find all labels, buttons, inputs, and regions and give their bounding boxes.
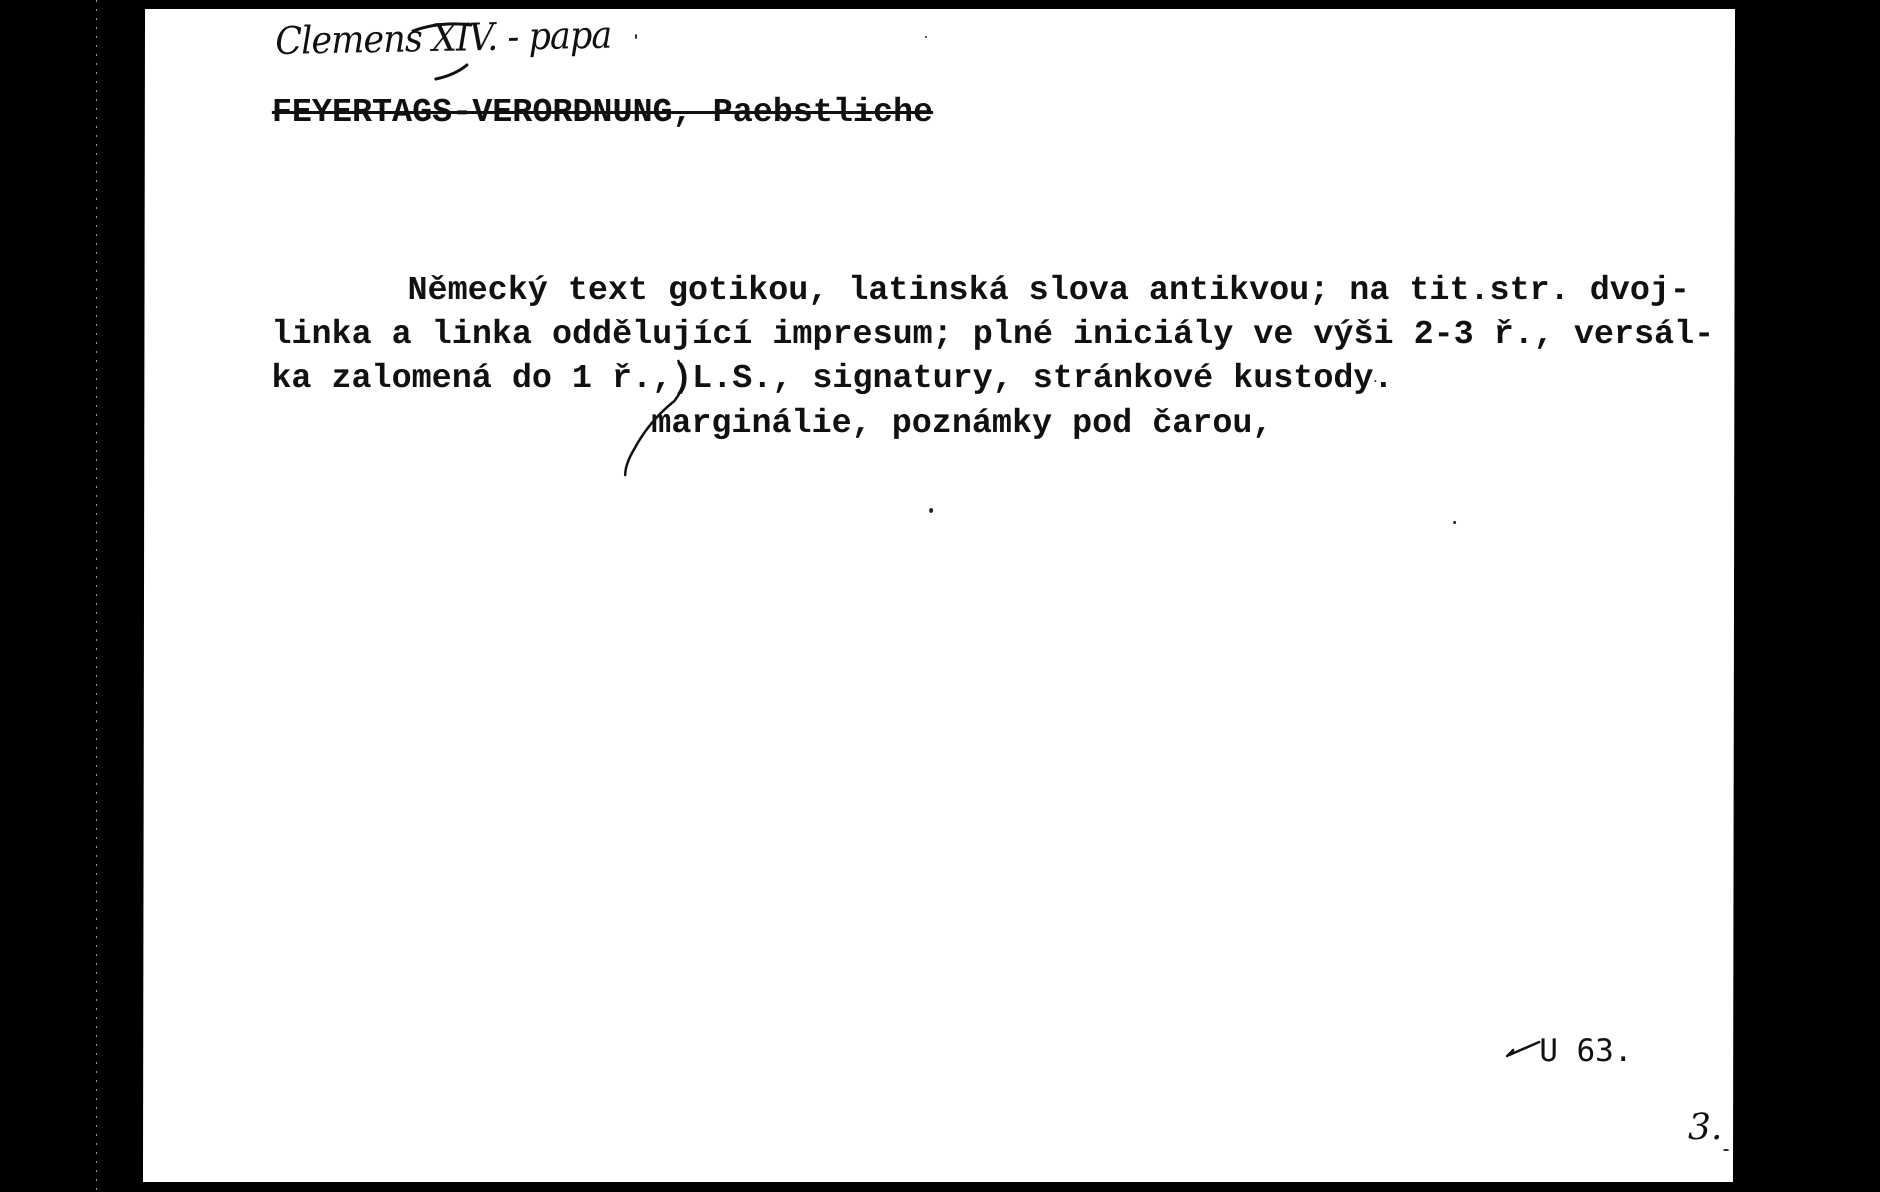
tick-mark-stroke	[1507, 1042, 1539, 1056]
description-line: linka a linka oddělující impresum; plné …	[271, 313, 1714, 357]
handwritten-heading: Clemens XIV. - papa	[275, 13, 612, 63]
description-line: ka zalomená do 1 ř.,)L.S., signatury, st…	[271, 357, 1393, 401]
speck	[635, 34, 637, 39]
speck	[929, 508, 933, 513]
catalogue-card: Clemens XIV. - papa FEYERTAGS-VERORDNUNG…	[143, 9, 1735, 1182]
handwritten-page-mark: 3.	[1688, 1107, 1722, 1148]
description-line: Německý text gotikou, latinská slova ant…	[407, 269, 1689, 313]
struck-typed-heading: FEYERTAGS-VERORDNUNG, Paebstliche	[272, 91, 933, 135]
description-line: marginálie, poznámky pod čarou,	[651, 402, 1272, 446]
scanner-artifact-line	[96, 0, 97, 1192]
call-number: U 63.	[1539, 1033, 1632, 1069]
handwritten-annotations	[143, 9, 1735, 1182]
speck	[1374, 380, 1376, 382]
underline-stroke	[436, 65, 467, 79]
speck	[1723, 1149, 1729, 1151]
speck	[1453, 521, 1456, 524]
speck	[925, 36, 927, 38]
